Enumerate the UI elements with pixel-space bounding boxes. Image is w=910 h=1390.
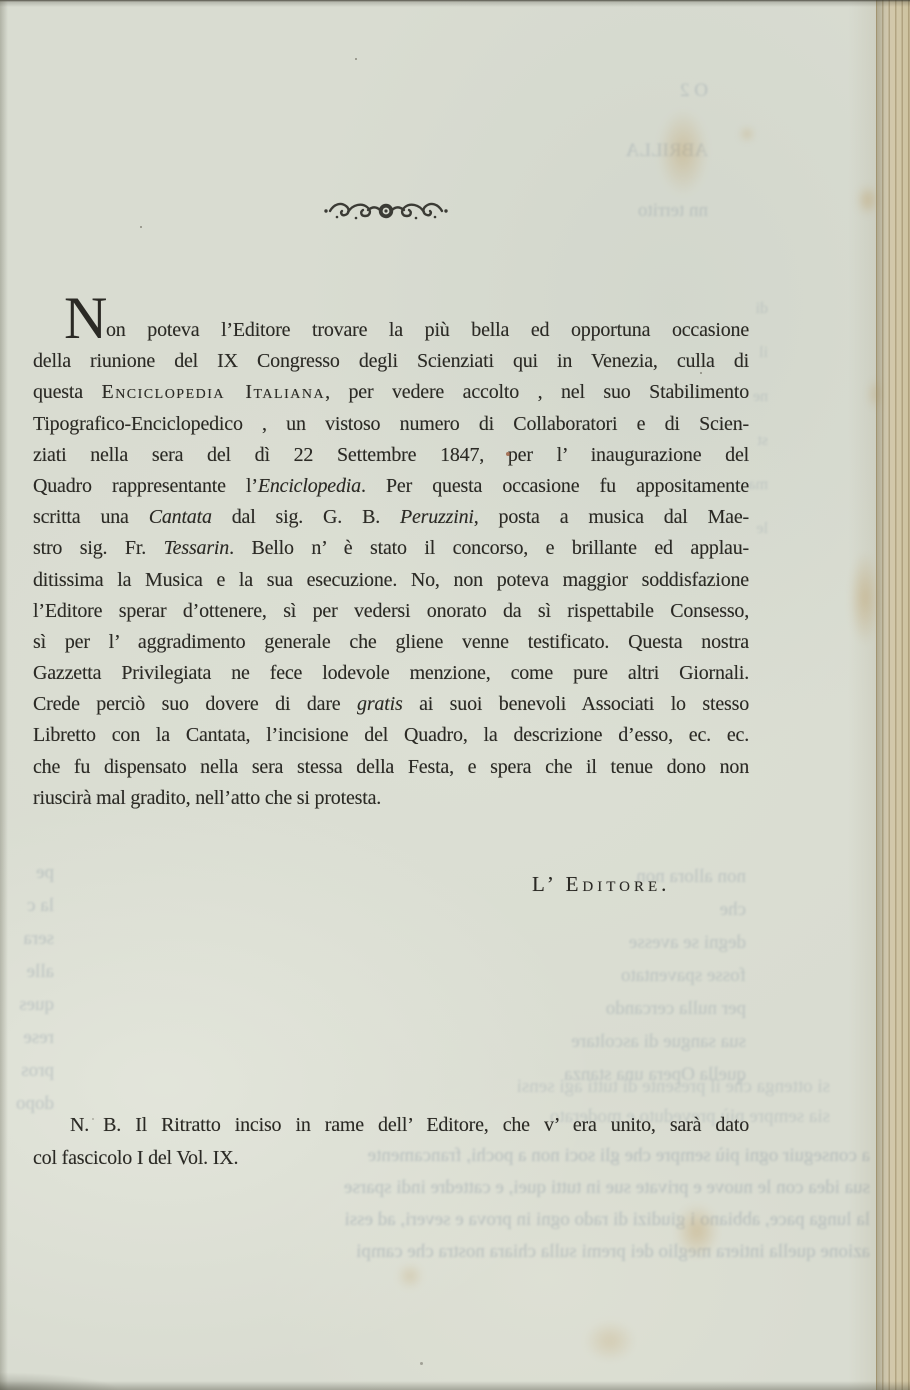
page-top-edge — [0, 0, 910, 7]
text-line: questa Enciclopedia Italiana, per vedere… — [33, 377, 749, 408]
text-line: on poteva l’Editore trovare la più bella… — [33, 315, 749, 346]
page-left-edge — [0, 0, 8, 1390]
stain — [648, 92, 718, 212]
signature-editor: L’ Editore. — [532, 872, 670, 897]
text-line: Crede perciò suo dovere di dare gratis a… — [33, 689, 749, 720]
page-corner-shadow — [0, 1372, 120, 1390]
scanned-book-page: O 2 ABRILLA nn territo di il ne st ma le… — [0, 0, 910, 1390]
text-line: stro sig. Fr. Tessarin. Bello n’ è stato… — [33, 533, 749, 564]
stain — [392, 1258, 428, 1294]
bleedthrough-left-margin: pe la c sera alle ques rese pros dopo — [0, 856, 54, 1120]
stain — [666, 1192, 728, 1270]
text-line: della riunione del IX Congresso degli Sc… — [33, 346, 749, 377]
text-line: ditissima la Musica e la sua esecuzione.… — [33, 565, 749, 596]
paper-speck — [92, 1118, 94, 1120]
page-edge-shading — [848, 0, 876, 1390]
paper-speck — [355, 58, 357, 60]
text-line: che fu dispensato nella sera stessa dell… — [33, 752, 749, 783]
stain — [737, 124, 757, 144]
text-line: riuscirà mal gradito, nell’atto che si p… — [33, 783, 749, 814]
stain — [574, 1312, 646, 1370]
paper-speck — [700, 372, 702, 374]
text-line: Gazzetta Privilegiata ne fece lodevole m… — [33, 658, 749, 689]
text-line: scritta una Cantata dal sig. G. B. Peruz… — [33, 502, 749, 533]
text-line: Quadro rappresentante l’Enciclopedia. Pe… — [33, 471, 749, 502]
nota-bene-paragraph: N. B. Il Ritratto inciso in rame dell’ E… — [33, 1109, 749, 1175]
text-line: ziati nella sera del dì 22 Settembre 184… — [33, 440, 749, 471]
text-line: sì per l’ aggradimento generale che glie… — [33, 627, 749, 658]
text-line: Libretto con la Cantata, l’incisione del… — [33, 720, 749, 751]
printer-ornament-icon — [322, 198, 450, 224]
page-bottom-edge — [0, 1381, 910, 1390]
paper-speck — [506, 452, 510, 456]
text-line: N. B. Il Ritratto inciso in rame dell’ E… — [33, 1109, 749, 1142]
paper-speck — [420, 1362, 423, 1365]
book-page-stack-edge — [876, 0, 910, 1390]
editor-note-paragraph: on poteva l’Editore trovare la più bella… — [33, 315, 749, 814]
text-line: l’Editore sperar d’ottenere, sì per vede… — [33, 596, 749, 627]
paper-speck — [140, 226, 142, 228]
text-line: Tipografico-Enciclopedico , un vistoso n… — [33, 409, 749, 440]
text-line: col fascicolo I del Vol. IX. — [33, 1142, 749, 1175]
